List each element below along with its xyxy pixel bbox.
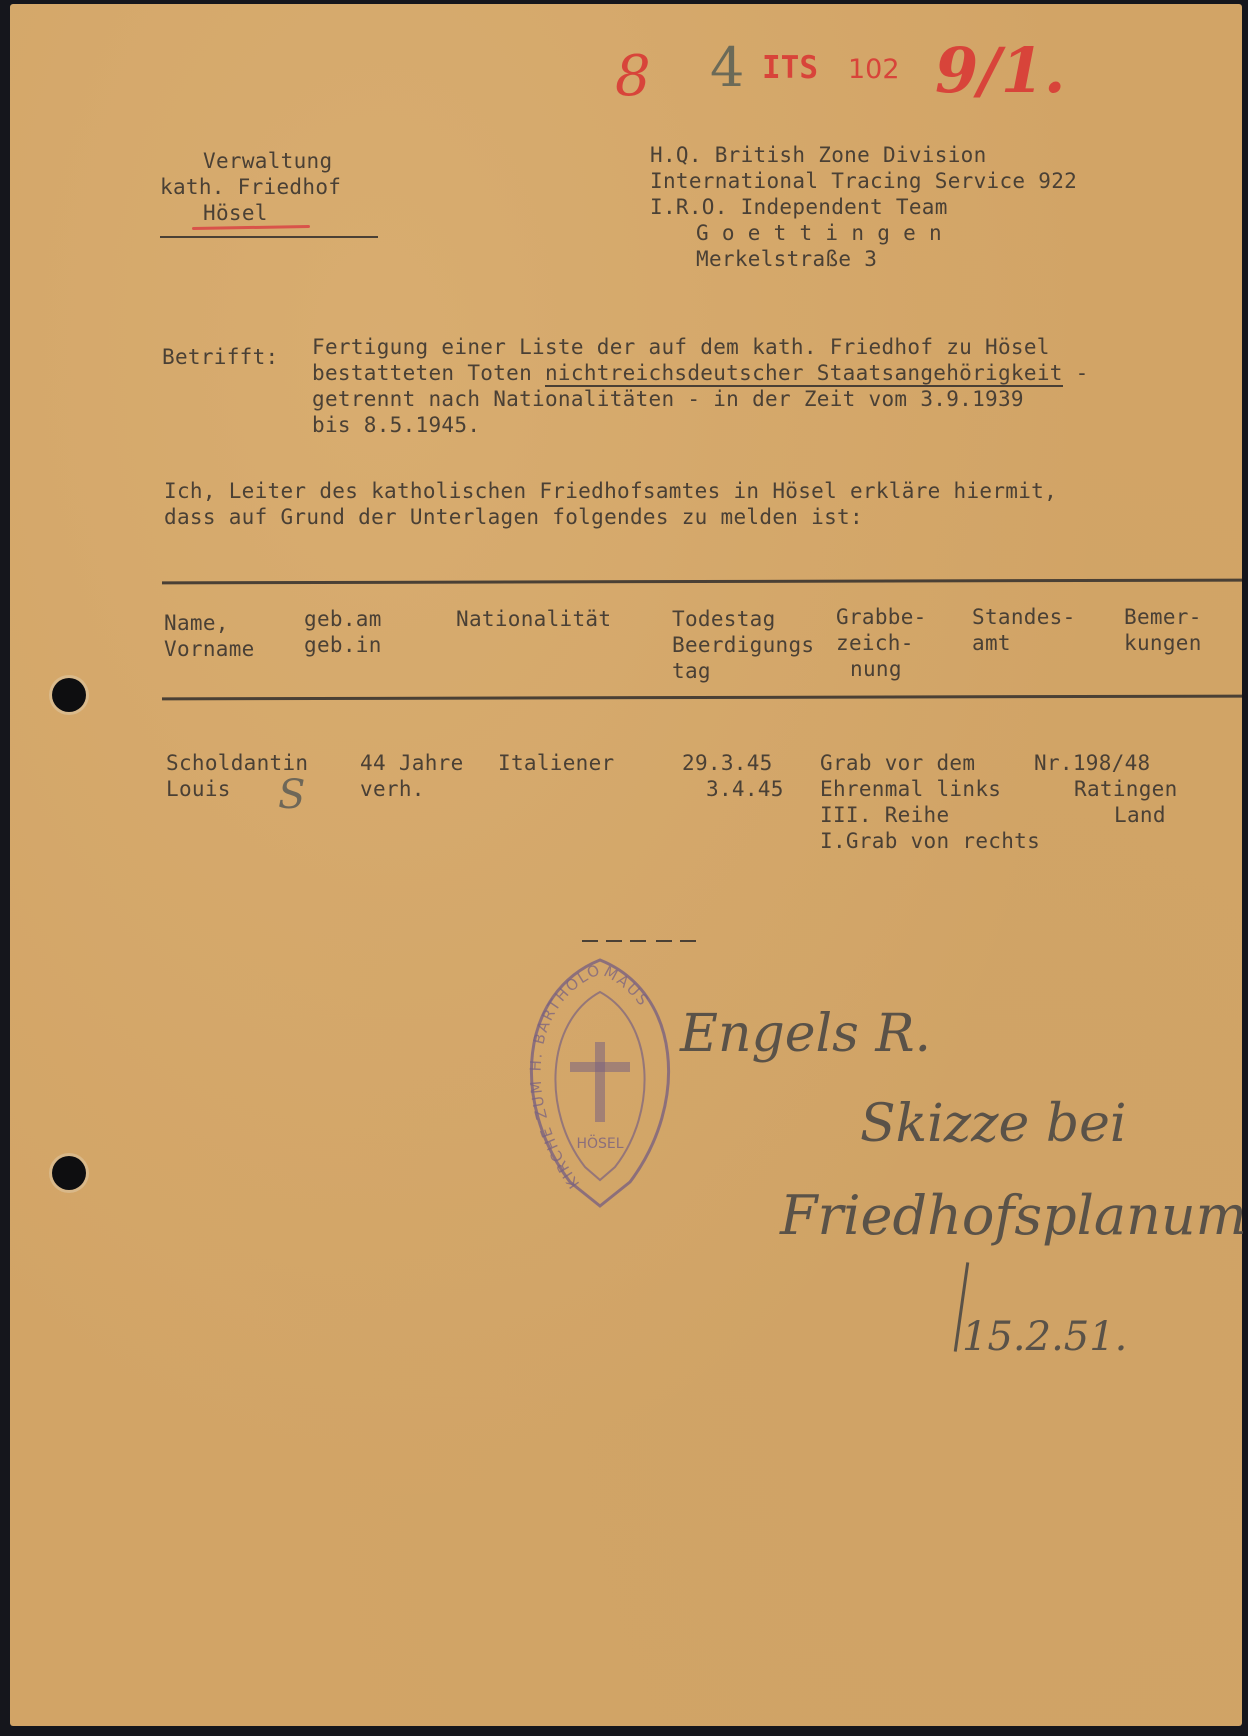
- cell-nationalitaet: Italiener: [498, 750, 615, 776]
- header-bemerkungen: Bemer- kungen: [1124, 604, 1202, 656]
- punch-hole-bottom: [52, 1156, 86, 1190]
- sender-line: Hösel: [203, 200, 268, 226]
- header-nationalitaet: Nationalität: [456, 606, 611, 632]
- sender-rule: [160, 236, 378, 238]
- sender-line: Verwaltung: [203, 148, 332, 174]
- cell-standesamt: Land: [1114, 802, 1166, 828]
- pencil-mark-number: 4: [710, 36, 744, 99]
- recipient-city: G o e t t i n g e n: [696, 220, 942, 246]
- subject-line: Fertigung einer Liste der auf dem kath. …: [312, 334, 1050, 360]
- cell-geb-am: 44 Jahre: [360, 750, 464, 776]
- cell-standesamt: Ratingen: [1074, 776, 1178, 802]
- recipient-line: I.R.O. Independent Team: [650, 194, 948, 220]
- red-pencil-folio: 9/1.: [935, 34, 1066, 107]
- header-todestag: Todestag Beerdigungs tag: [672, 606, 814, 684]
- svg-text:HÖSEL: HÖSEL: [576, 1134, 623, 1152]
- header-standesamt: Standes- amt: [972, 604, 1076, 656]
- stamp-seal-icon: HÖSEL KIRCHE ZUM H. BARTHOLOMAUS: [510, 952, 690, 1212]
- cell-grab: I.Grab von rechts: [820, 828, 1040, 854]
- header-name: Name, Vorname: [164, 610, 255, 662]
- underlined-phrase: nichtreichsdeutscher Staatsangehörigkeit: [545, 361, 1063, 387]
- cell-todestag: 29.3.45: [682, 750, 773, 776]
- subject-label: Betrifft:: [162, 344, 279, 370]
- cell-grab: Grab vor dem: [820, 750, 975, 776]
- table-top-rule: [162, 579, 1242, 585]
- sender-line: kath. Friedhof: [160, 174, 341, 200]
- subject-line: bis 8.5.1945.: [312, 412, 480, 438]
- subject-line: bestatteten Toten nichtreichsdeutscher S…: [312, 360, 1089, 386]
- cell-geb-in: verh.: [360, 776, 425, 802]
- red-pencil-mark: 8: [615, 44, 651, 109]
- pencil-mark: S: [278, 772, 305, 818]
- handwritten-signature: Engels R.: [680, 1004, 931, 1064]
- cell-beerdigungstag: 3.4.45: [706, 776, 784, 802]
- header-grabbezeichnung: Grabbe- zeich- nung: [836, 604, 927, 682]
- handwritten-note: Skizze bei: [860, 1094, 1127, 1154]
- cell-grab: III. Reihe: [820, 802, 949, 828]
- cell-standesamt: Nr.198/48: [1034, 750, 1151, 776]
- recipient-street: Merkelstraße 3: [696, 246, 877, 272]
- declaration-line: Ich, Leiter des katholischen Friedhofsam…: [164, 478, 1057, 504]
- handwritten-note: Friedhofsplanum: [780, 1184, 1247, 1247]
- recipient-line: H.Q. British Zone Division: [650, 142, 987, 168]
- punch-hole-top: [52, 678, 86, 712]
- header-geb: geb.am geb.in: [304, 606, 382, 658]
- its-stamp-number: 102: [848, 54, 900, 85]
- cell-grab: Ehrenmal links: [820, 776, 1001, 802]
- cell-vorname: Louis: [166, 776, 231, 802]
- church-stamp: HÖSEL KIRCHE ZUM H. BARTHOLOMAUS: [510, 952, 690, 1212]
- declaration-line: dass auf Grund der Unterlagen folgendes …: [164, 504, 863, 530]
- red-underline: [192, 225, 310, 230]
- table-header-rule: [162, 695, 1242, 701]
- recipient-line: International Tracing Service 922: [650, 168, 1077, 194]
- document-page: 8 4 ITS 102 9/1. Verwaltung kath. Friedh…: [10, 4, 1242, 1726]
- svg-text:KIRCHE ZUM H. BARTHOLOMAUS: KIRCHE ZUM H. BARTHOLOMAUS: [526, 960, 653, 1192]
- its-stamp: ITS: [762, 50, 818, 86]
- subject-line: getrennt nach Nationalitäten - in der Ze…: [312, 386, 1024, 412]
- handwritten-date: 15.2.51.: [962, 1314, 1127, 1360]
